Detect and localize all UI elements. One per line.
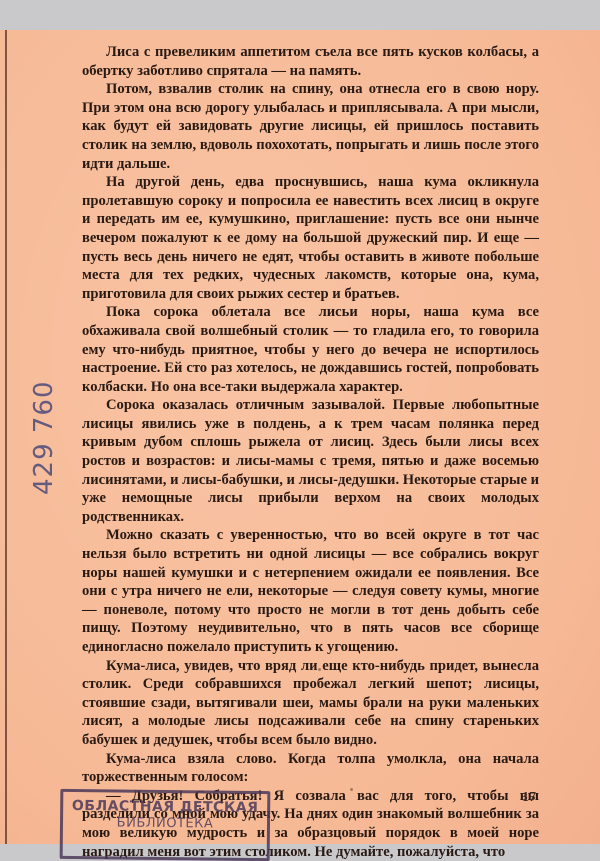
stamp-line-2: БИБЛИОТЕКА bbox=[63, 815, 267, 832]
paragraph: На другой день, едва проснувшись, наша к… bbox=[82, 173, 539, 303]
library-stamp: ОБЛАСТНАЯ ДЕТСКАЯ БИБЛИОТЕКА bbox=[60, 789, 271, 844]
margin-line bbox=[5, 30, 7, 844]
paragraph: Сорока оказалась отличным зазывалой. Пер… bbox=[82, 396, 539, 526]
paragraph: Кума-лиса взяла слово. Когда толпа умолк… bbox=[82, 750, 539, 787]
paragraph: Лиса с превеликим аппетитом съела все пя… bbox=[82, 43, 539, 80]
paragraph: Пока сорока облетала все лисьи норы, наш… bbox=[82, 303, 539, 396]
paragraph: Потом, взвалив столик на спину, она отне… bbox=[82, 80, 539, 173]
paper-speck bbox=[318, 668, 321, 671]
handwritten-inventory-number: 429 760 bbox=[29, 415, 59, 495]
paper-speck bbox=[350, 788, 353, 791]
page-text: Лиса с превеликим аппетитом съела все пя… bbox=[82, 43, 539, 844]
paragraph: Можно сказать с уверенностью, что во все… bbox=[82, 526, 539, 656]
paragraph: Кума-лиса, увидев, что вряд ли еще кто-н… bbox=[82, 657, 539, 750]
page-number: 17 bbox=[522, 790, 536, 806]
stamp-line-1: ОБЛАСТНАЯ ДЕТСКАЯ bbox=[63, 798, 267, 816]
